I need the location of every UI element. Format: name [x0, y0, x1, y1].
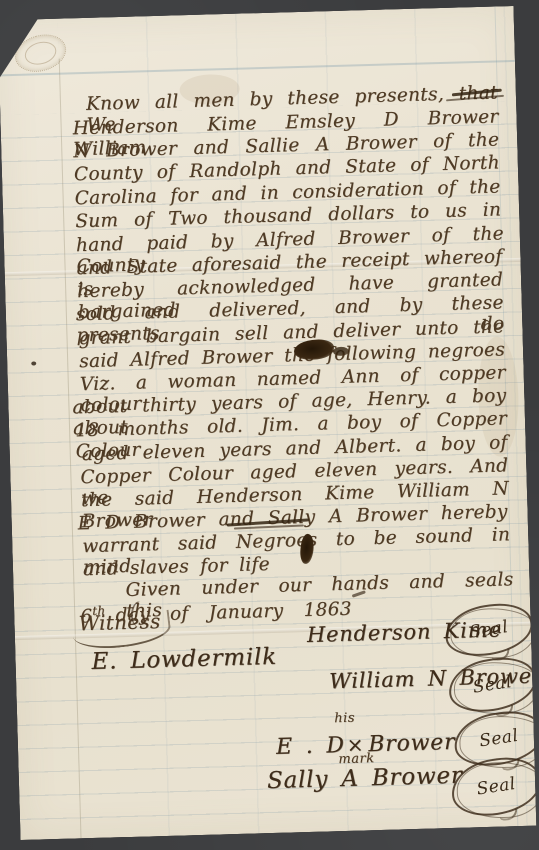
- signature-initials: E . D: [276, 733, 345, 760]
- document-page: Know all men by these presents, that We …: [0, 6, 536, 840]
- seal-label: Seal: [471, 672, 513, 698]
- seal-label: Seal: [468, 617, 510, 643]
- seal-label: Seal: [478, 726, 520, 752]
- his-mark-note-top: his: [334, 711, 355, 727]
- seal-label: Seal: [475, 774, 517, 800]
- signature-sally-a-brower: Sally A Brower: [267, 763, 463, 794]
- witness-signature: E. Lowdermilk: [91, 644, 277, 675]
- signature-surname: Brower: [368, 730, 456, 757]
